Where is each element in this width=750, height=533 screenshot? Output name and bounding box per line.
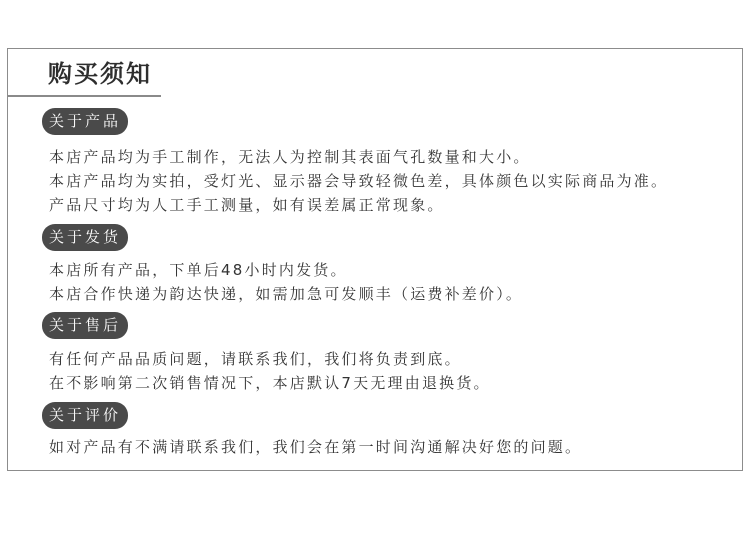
- section-badge-after-sales: 关于售后: [42, 312, 128, 339]
- text-line: 本店所有产品，下单后48小时内发货。: [49, 258, 523, 282]
- text-line: 在不影响第二次销售情况下，本店默认7天无理由退换货。: [49, 371, 491, 395]
- text-line: 本店产品均为手工制作，无法人为控制其表面气孔数量和大小。: [49, 145, 668, 169]
- page-title: 购买须知: [48, 59, 152, 89]
- text-line: 如对产品有不满请联系我们，我们会在第一时间沟通解决好您的问题。: [49, 435, 582, 459]
- title-underline-divider: [8, 95, 161, 97]
- section-reviews-text: 如对产品有不满请联系我们，我们会在第一时间沟通解决好您的问题。: [49, 435, 582, 459]
- text-line: 有任何产品品质问题，请联系我们，我们将负责到底。: [49, 347, 491, 371]
- section-badge-reviews: 关于评价: [42, 402, 128, 429]
- text-line: 本店产品均为实拍，受灯光、显示器会导致轻微色差，具体颜色以实际商品为准。: [49, 169, 668, 193]
- section-shipping-text: 本店所有产品，下单后48小时内发货。 本店合作快递为韵达快递，如需加急可发顺丰（…: [49, 258, 523, 306]
- text-line: 产品尺寸均为人工手工测量，如有误差属正常现象。: [49, 193, 668, 217]
- purchase-notice-panel: 购买须知 关于产品 本店产品均为手工制作，无法人为控制其表面气孔数量和大小。 本…: [7, 48, 743, 471]
- text-line: 本店合作快递为韵达快递，如需加急可发顺丰（运费补差价）。: [49, 282, 523, 306]
- section-after-sales-text: 有任何产品品质问题，请联系我们，我们将负责到底。 在不影响第二次销售情况下，本店…: [49, 347, 491, 395]
- section-badge-shipping: 关于发货: [42, 224, 128, 251]
- section-product-text: 本店产品均为手工制作，无法人为控制其表面气孔数量和大小。 本店产品均为实拍，受灯…: [49, 145, 668, 217]
- section-badge-product: 关于产品: [42, 108, 128, 135]
